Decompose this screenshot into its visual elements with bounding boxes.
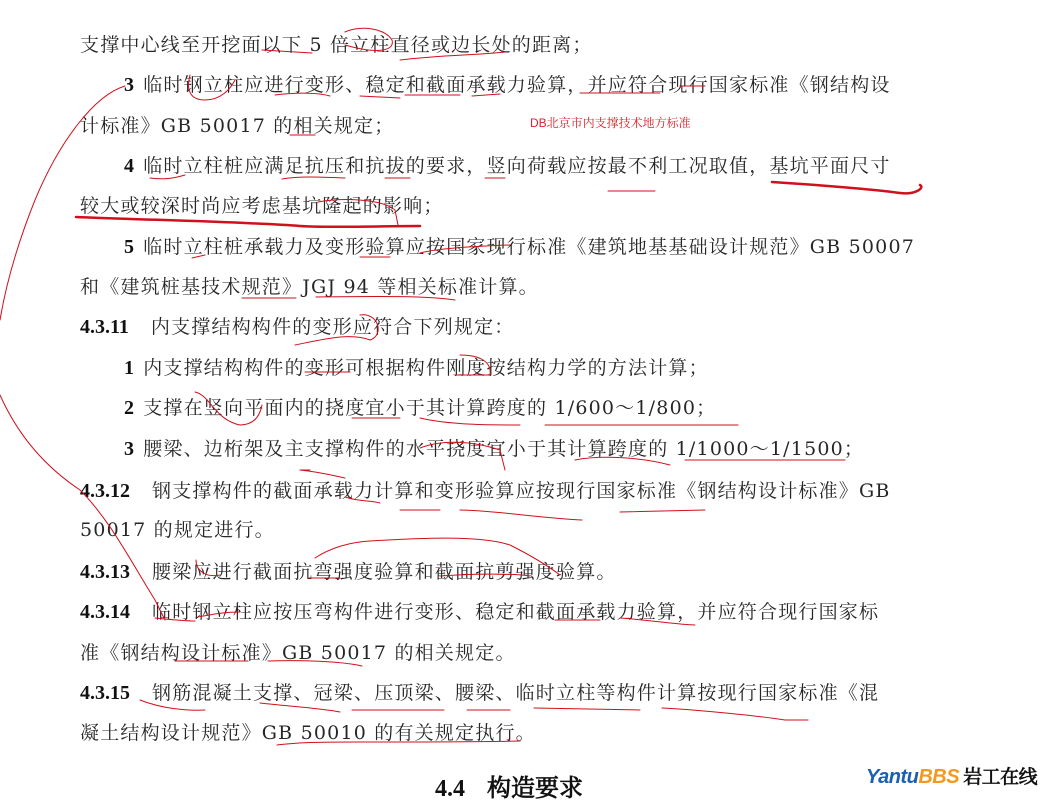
clause: 4.3.14临时钢立柱应按压弯构件进行变形、稳定和截面承载力验算，并应符合现行国… xyxy=(80,599,879,625)
list-item: 4临时立柱桩应满足抗压和抗拔的要求，竖向荷载应按最不利工况取值，基坑平面尺寸 xyxy=(124,153,891,179)
list-item: 1内支撑结构构件的变形可根据构件刚度按结构力学的方法计算； xyxy=(124,355,709,381)
line-text: 临时钢立柱应按压弯构件进行变形、稳定和截面承载力验算，并应符合现行国家标 xyxy=(152,601,879,623)
line-text: 较大或较深时尚应考虑基坑隆起的影响； xyxy=(80,195,444,217)
clause-number: 4.3.11 xyxy=(80,316,129,338)
clause-number: 4.3.12 xyxy=(80,480,130,502)
list-item: 2支撑在竖向平面内的挠度宜小于其计算跨度的 1/600～1/800； xyxy=(124,395,716,421)
clause: 4.3.13腰梁应进行截面抗弯强度验算和截面抗剪强度验算。 xyxy=(80,559,617,585)
line-text: 50017 的规定进行。 xyxy=(80,519,275,541)
clause-number: 4.3.15 xyxy=(80,682,130,704)
text-line: 准《钢结构设计标准》GB 50017 的相关规定。 xyxy=(80,640,516,666)
logo-part-yantu: Yantu xyxy=(866,766,918,788)
line-text: 腰梁、边桁架及主支撑构件的水平挠度宜小于其计算跨度的 1/1000～1/1500… xyxy=(143,438,864,460)
line-text: 支撑在竖向平面内的挠度宜小于其计算跨度的 1/600～1/800； xyxy=(143,397,716,419)
item-number: 5 xyxy=(124,236,135,258)
line-text: 凝土结构设计规范》GB 50010 的有关规定执行。 xyxy=(80,722,536,744)
document-page: 支撑中心线至开挖面以下 5 倍立柱直径或边长处的距离； 3临时钢立柱应进行变形、… xyxy=(0,0,1064,809)
logo-part-bbs: BBS xyxy=(918,766,959,788)
line-text: 准《钢结构设计标准》GB 50017 的相关规定。 xyxy=(80,642,516,664)
line-text: 临时立柱桩应满足抗压和抗拔的要求，竖向荷载应按最不利工况取值，基坑平面尺寸 xyxy=(143,155,890,177)
heading-number: 4.4 xyxy=(435,776,465,802)
list-item: 3腰梁、边桁架及主支撑构件的水平挠度宜小于其计算跨度的 1/1000～1/150… xyxy=(124,436,864,462)
line-text: 内支撑结构构件的变形应符合下列规定： xyxy=(151,316,515,338)
clause-number: 4.3.13 xyxy=(80,561,130,583)
text-line: 支撑中心线至开挖面以下 5 倍立柱直径或边长处的距离； xyxy=(80,32,593,58)
text-line: 50017 的规定进行。 xyxy=(80,517,275,543)
section-heading: 4.4构造要求 xyxy=(435,768,583,803)
clause: 4.3.15钢筋混凝土支撑、冠梁、压顶梁、腰梁、临时立柱等构件计算按现行国家标准… xyxy=(80,680,879,706)
line-text: 钢支撑构件的截面承载力计算和变形验算应按现行国家标准《钢结构设计标准》GB xyxy=(152,480,891,502)
list-item: 3临时钢立柱应进行变形、稳定和截面承载力验算，并应符合现行国家标准《钢结构设 xyxy=(124,72,891,98)
red-annotation-note: DB北京市内支撑技术地方标准 xyxy=(530,114,691,131)
line-text: 钢筋混凝土支撑、冠梁、压顶梁、腰梁、临时立柱等构件计算按现行国家标准《混 xyxy=(152,682,879,704)
line-text: 内支撑结构构件的变形可根据构件刚度按结构力学的方法计算； xyxy=(143,357,709,379)
item-number: 4 xyxy=(124,155,135,177)
list-item: 5临时立柱桩承载力及变形验算应按国家现行标准《建筑地基基础设计规范》GB 500… xyxy=(124,234,915,260)
text-line: 较大或较深时尚应考虑基坑隆起的影响； xyxy=(80,193,444,219)
line-text: 和《建筑桩基技术规范》JGJ 94 等相关标准计算。 xyxy=(80,276,539,298)
line-text: 临时钢立柱应进行变形、稳定和截面承载力验算，并应符合现行国家标准《钢结构设 xyxy=(143,74,890,96)
heading-text: 构造要求 xyxy=(487,773,583,802)
text-line: 计标准》GB 50017 的相关规定； xyxy=(80,113,394,139)
line-text: 支撑中心线至开挖面以下 5 倍立柱直径或边长处的距离； xyxy=(80,34,593,56)
text-line: 和《建筑桩基技术规范》JGJ 94 等相关标准计算。 xyxy=(80,274,539,300)
item-number: 3 xyxy=(124,74,135,96)
line-text: 腰梁应进行截面抗弯强度验算和截面抗剪强度验算。 xyxy=(152,561,617,583)
item-number: 2 xyxy=(124,397,135,419)
item-number: 3 xyxy=(124,438,135,460)
watermark-logo: YantuBBS岩工在线 xyxy=(866,762,1037,789)
item-number: 1 xyxy=(124,357,135,379)
text-line: 凝土结构设计规范》GB 50010 的有关规定执行。 xyxy=(80,720,536,746)
line-text: 临时立柱桩承载力及变形验算应按国家现行标准《建筑地基基础设计规范》GB 5000… xyxy=(143,236,915,258)
clause-number: 4.3.14 xyxy=(80,601,130,623)
clause: 4.3.11内支撑结构构件的变形应符合下列规定： xyxy=(80,314,515,340)
logo-part-cn: 岩工在线 xyxy=(963,767,1037,788)
clause: 4.3.12钢支撑构件的截面承载力计算和变形验算应按现行国家标准《钢结构设计标准… xyxy=(80,478,891,504)
line-text: 计标准》GB 50017 的相关规定； xyxy=(80,115,394,137)
